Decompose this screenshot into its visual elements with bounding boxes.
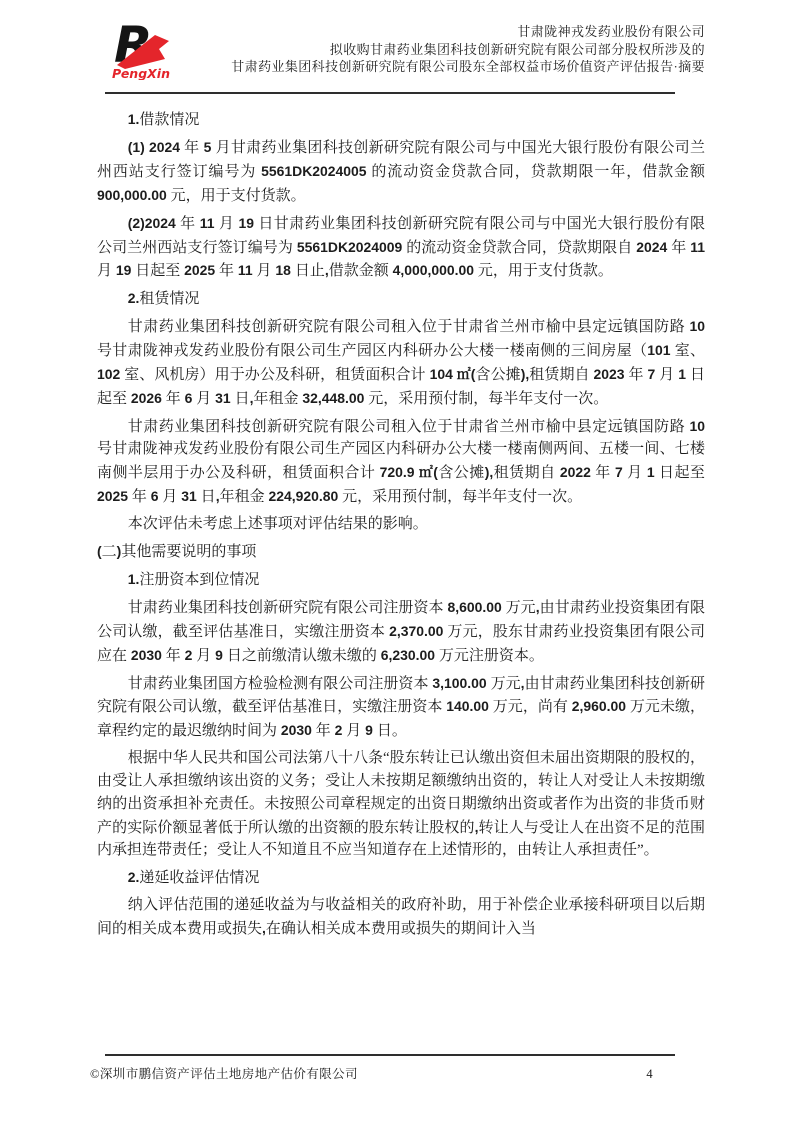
header-title-line-2: 拟收购甘肃药业集团科技创新研究院有限公司部分股权所涉及的 xyxy=(171,41,705,59)
page-footer: ©深圳市鹏信资产评估土地房地产估价有限公司 4 xyxy=(90,1054,675,1082)
paragraph-registered-capital-2: 甘肃药业集团国方检验检测有限公司注册资本 3,100.00 万元,由甘肃药业集团… xyxy=(97,672,705,743)
logo-brand-text: PengXin xyxy=(112,66,170,80)
header-title-line-1: 甘肃陇神戎发药业股份有限公司 xyxy=(171,23,705,41)
paragraph-company-law: 根据中华人民共和国公司法第八十八条“股东转让已认缴出资但未届出资期限的股权的，由… xyxy=(97,747,705,862)
pengxin-logo-icon: R PengXin xyxy=(111,20,171,80)
heading-deferred-income: 2.递延收益评估情况 xyxy=(97,866,705,890)
pengxin-logo: R PengXin xyxy=(111,20,171,85)
footer-company: ©深圳市鹏信资产评估土地房地产估价有限公司 xyxy=(90,1064,358,1082)
heading-other-matters: (二)其他需要说明的事项 xyxy=(97,540,705,564)
page-header: R PengXin 甘肃陇神戎发药业股份有限公司 拟收购甘肃药业集团科技创新研究… xyxy=(97,20,705,85)
header-titles: 甘肃陇神戎发药业股份有限公司 拟收购甘肃药业集团科技创新研究院有限公司部分股权所… xyxy=(171,20,705,76)
paragraph-deferred-income: 纳入评估范围的递延收益为与收益相关的政府补助，用于补偿企业承接科研项目以后期间的… xyxy=(97,894,705,941)
footer-row: ©深圳市鹏信资产评估土地房地产估价有限公司 4 xyxy=(90,1056,675,1082)
paragraph-evaluation-note: 本次评估未考虑上述事项对评估结果的影响。 xyxy=(97,513,705,536)
header-title-line-3: 甘肃药业集团科技创新研究院有限公司股东全部权益市场价值资产评估报告·摘要 xyxy=(171,58,705,76)
page-number: 4 xyxy=(646,1067,653,1082)
paragraph-loan-2: (2)2024 年 11 月 19 日甘肃药业集团科技创新研究院有限公司与中国光… xyxy=(97,212,705,283)
paragraph-registered-capital-1: 甘肃药业集团科技创新研究院有限公司注册资本 8,600.00 万元,由甘肃药业投… xyxy=(97,596,705,667)
heading-registered-capital: 1.注册资本到位情况 xyxy=(97,568,705,592)
report-page: R PengXin 甘肃陇神戎发药业股份有限公司 拟收购甘肃药业集团科技创新研究… xyxy=(0,0,793,1122)
heading-borrowing: 1.借款情况 xyxy=(97,108,705,132)
document-body: 1.借款情况 (1) 2024 年 5 月甘肃药业集团科技创新研究院有限公司与中… xyxy=(97,94,705,941)
paragraph-lease-2: 甘肃药业集团科技创新研究院有限公司租入位于甘肃省兰州市榆中县定远镇国防路 10 … xyxy=(97,415,705,509)
paragraph-loan-1: (1) 2024 年 5 月甘肃药业集团科技创新研究院有限公司与中国光大银行股份… xyxy=(97,136,705,207)
paragraph-lease-1: 甘肃药业集团科技创新研究院有限公司租入位于甘肃省兰州市榆中县定远镇国防路 10 … xyxy=(97,315,705,410)
heading-lease: 2.租赁情况 xyxy=(97,287,705,311)
